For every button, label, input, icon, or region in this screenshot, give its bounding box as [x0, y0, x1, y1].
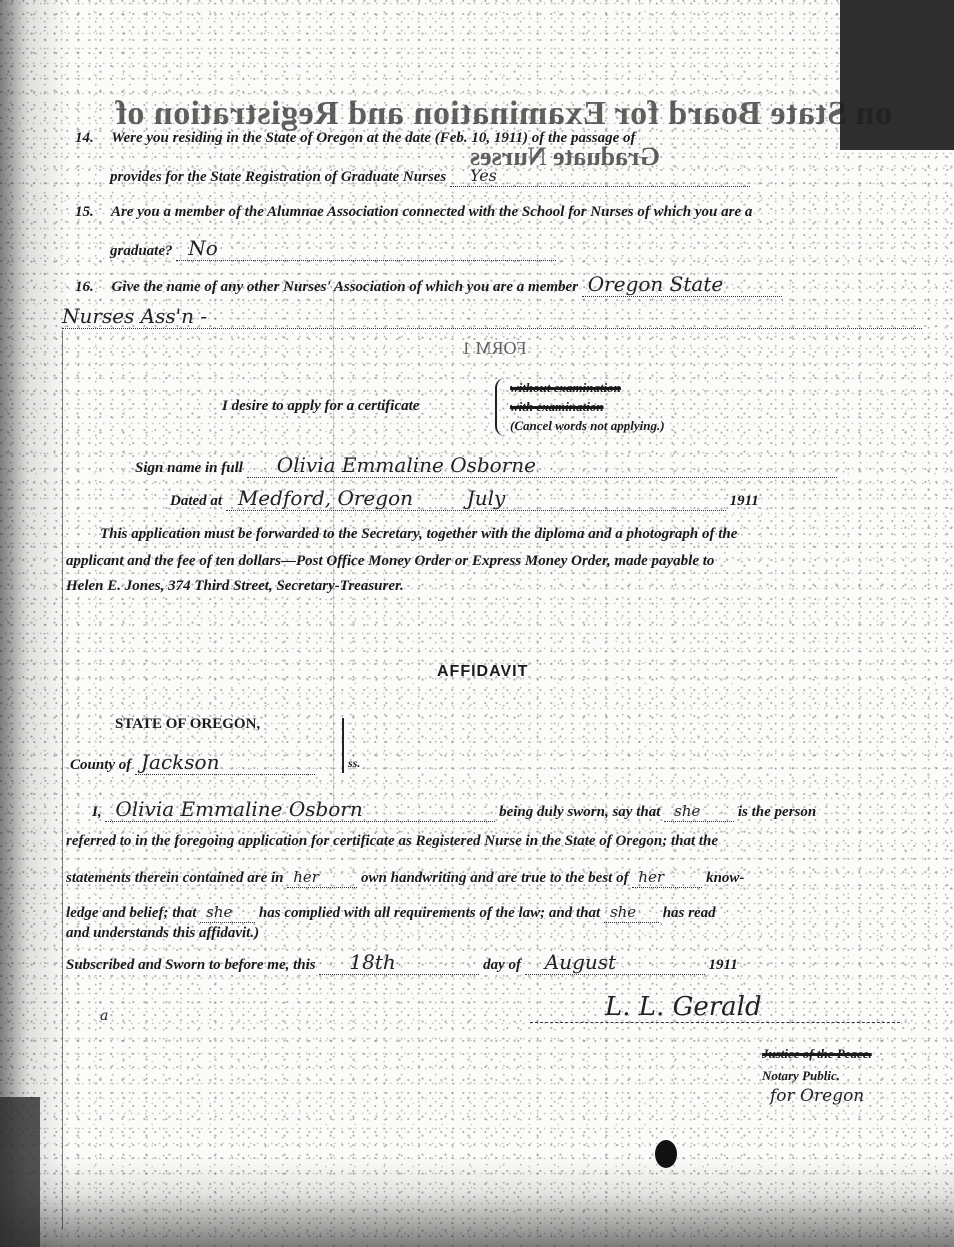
signature-value: Olivia Emmaline Osborne [277, 453, 536, 477]
certificate-note: (Cancel words not applying.) [510, 418, 665, 434]
certificate-brace [495, 378, 507, 436]
scan-shadow-bottom [0, 1157, 954, 1247]
affidavit-line-4: ledge and belief; that she has complied … [66, 903, 716, 923]
instructions-line-3: Helen E. Jones, 374 Third Street, Secret… [66, 578, 404, 595]
scan-shadow-corner [0, 1097, 40, 1247]
answer-field-15[interactable]: No [176, 236, 556, 261]
pronoun-field-5[interactable]: she [604, 903, 659, 923]
question-text: Give the name of any other Nurses' Assoc… [112, 279, 579, 295]
mirrored-form-label: FORM 1 [462, 338, 527, 359]
answer-value: No [188, 236, 218, 260]
state-of-oregon: STATE OF OREGON, [115, 716, 260, 733]
affidavit-text: own handwriting and are true to the best… [361, 870, 629, 886]
subscribed-label: Subscribed and Sworn to before me, this [66, 957, 316, 973]
instructions-line-1: This application must be forwarded to th… [100, 526, 737, 543]
affidavit-text: know- [706, 870, 744, 886]
pronoun-value: her [293, 868, 319, 886]
pronoun-field-1[interactable]: she [664, 802, 734, 822]
question-16: 16. Give the name of any other Nurses' A… [75, 272, 782, 297]
question-text: provides for the State Registration of G… [110, 169, 446, 185]
county-field[interactable]: Jackson [135, 750, 315, 775]
dated-year: 1911 [730, 493, 759, 509]
answer-field-16[interactable]: Oregon State [582, 272, 782, 297]
signature-field[interactable]: Olivia Emmaline Osborne [247, 453, 837, 478]
margin-mark: a [100, 1008, 108, 1024]
question-number: 15. [75, 204, 94, 220]
sworn-text: being duly sworn, say that [499, 804, 660, 820]
day-field[interactable]: 18th [319, 950, 479, 975]
notary-for-state: for Oregon [770, 1086, 864, 1106]
pronoun-value: her [638, 868, 664, 886]
pronoun-value: she [610, 903, 636, 921]
question-text: graduate? [110, 243, 173, 259]
answer-value: Nurses Ass'n - [62, 304, 207, 328]
question-text: Were you residing in the State of Oregon… [111, 130, 635, 146]
affiant-name: Olivia Emmaline Osborn [115, 797, 362, 821]
person-text: is the person [738, 804, 816, 820]
county-value: Jackson [141, 750, 219, 774]
instructions-line-2: applicant and the fee of ten dollars—Pos… [66, 553, 714, 570]
certificate-option-without-exam[interactable]: without examination [510, 380, 621, 396]
county-row: County of Jackson [70, 750, 315, 775]
question-15: 15. Are you a member of the Alumnae Asso… [75, 204, 752, 221]
mirrored-header-title: on State Board for Examination and Regis… [115, 95, 892, 133]
affidavit-text: statements therein contained are in [66, 870, 284, 886]
affidavit-line-1: I, Olivia Emmaline Osborn being duly swo… [92, 797, 816, 822]
dated-place: Medford, Oregon [238, 486, 413, 510]
question-16-line2: Nurses Ass'n - [62, 304, 922, 329]
answer-value: Oregon State [588, 272, 723, 296]
affidavit-text: has read [663, 905, 716, 921]
scan-shadow-left [0, 0, 70, 1247]
dated-field[interactable]: Medford, Oregon July [226, 486, 726, 511]
affidavit-text: has complied with all requirements of th… [259, 905, 600, 921]
month-value: August [545, 950, 616, 974]
pronoun-field-2[interactable]: her [287, 868, 357, 888]
answer-field-16-continued[interactable]: Nurses Ass'n - [62, 304, 922, 329]
ink-blot [655, 1140, 677, 1168]
affidavit-text: ledge and belief; that [66, 905, 196, 921]
certificate-label: I desire to apply for a certificate [222, 398, 419, 415]
justice-of-peace-struck: Justice of the Peace. [762, 1046, 872, 1062]
question-14-line2: provides for the State Registration of G… [110, 166, 750, 187]
dated-row: Dated at Medford, Oregon July 1911 [170, 486, 759, 511]
question-number: 14. [75, 130, 94, 146]
certificate-option-with-exam[interactable]: with examination [510, 399, 604, 415]
affiant-name-field[interactable]: Olivia Emmaline Osborn [105, 797, 495, 822]
dated-month: July [467, 486, 506, 510]
pronoun-field-3[interactable]: her [632, 868, 702, 888]
fold-line-mid [333, 290, 334, 810]
sign-label: Sign name in full [135, 460, 243, 476]
fold-line-left [62, 330, 63, 1230]
affidavit-title: AFFIDAVIT [437, 663, 528, 681]
day-of-label: day of [483, 957, 521, 973]
ss-bracket [342, 718, 344, 773]
notary-signature-line [530, 1022, 900, 1023]
question-15-line2: graduate? No [110, 236, 556, 261]
notary-signature: L. L. Gerald [605, 992, 762, 1022]
county-label: County of [70, 757, 131, 773]
pronoun-value: she [206, 903, 232, 921]
month-field[interactable]: August [525, 950, 705, 975]
i-label: I, [92, 804, 102, 820]
affidavit-line-2: referred to in the foregoing application… [66, 833, 718, 850]
affidavit-line-3: statements therein contained are in her … [66, 868, 744, 888]
answer-field-14[interactable]: Yes [450, 166, 750, 187]
day-value: 18th [349, 950, 395, 974]
notary-title: Notary Public. [762, 1068, 840, 1084]
pronoun-field-4[interactable]: she [200, 903, 255, 923]
question-text: Are you a member of the Alumnae Associat… [111, 204, 752, 220]
year-value: 1911 [709, 957, 738, 973]
dated-label: Dated at [170, 493, 222, 509]
ss-label: ss. [348, 756, 360, 771]
answer-value: Yes [470, 166, 497, 185]
question-14: 14. Were you residing in the State of Or… [75, 130, 636, 147]
pronoun-value: she [674, 802, 700, 820]
sign-name-row: Sign name in full Olivia Emmaline Osborn… [135, 453, 837, 478]
question-number: 16. [75, 279, 94, 295]
affidavit-line-5: and understands this affidavit.) [66, 925, 259, 942]
subscribed-row: Subscribed and Sworn to before me, this … [66, 950, 738, 975]
